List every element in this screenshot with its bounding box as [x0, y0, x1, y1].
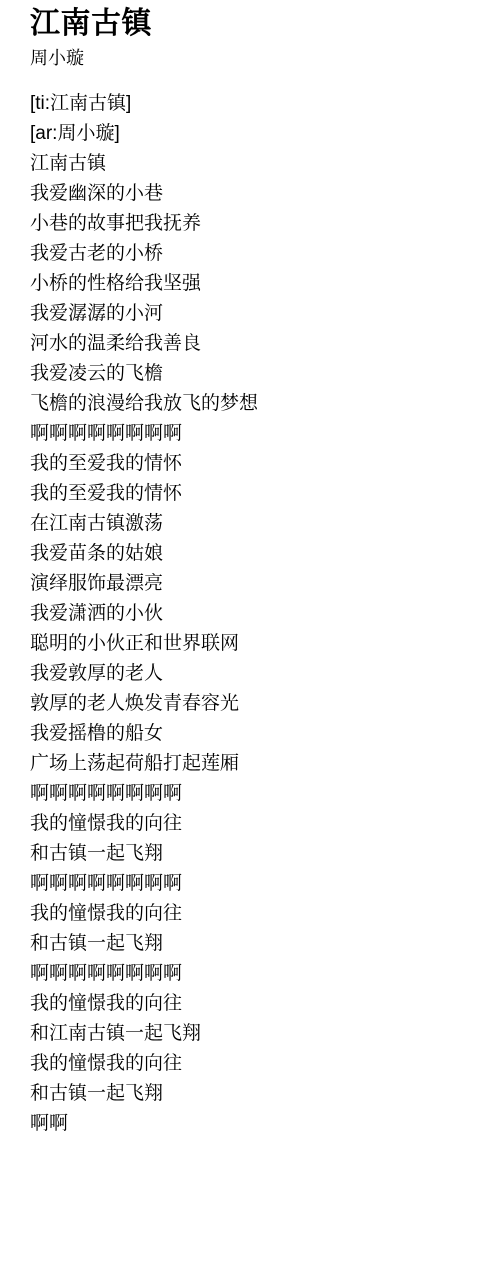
- lyric-line: 我爱古老的小桥: [30, 239, 480, 269]
- lyric-line: 我的憧憬我的向往: [30, 809, 480, 839]
- lyric-line: 聪明的小伙正和世界联网: [30, 629, 480, 659]
- lyric-line: 啊啊啊啊啊啊啊啊: [30, 419, 480, 449]
- lyric-line: 在江南古镇激荡: [30, 509, 480, 539]
- lyric-line: 敦厚的老人焕发青春容光: [30, 689, 480, 719]
- lyric-line: 我的憧憬我的向往: [30, 989, 480, 1019]
- lyric-line: 江南古镇: [30, 149, 480, 179]
- page-title: 江南古镇: [30, 6, 480, 42]
- lyric-line: 我的憧憬我的向往: [30, 1049, 480, 1079]
- lyric-line: 和古镇一起飞翔: [30, 839, 480, 869]
- lyric-line: [ar:周小璇]: [30, 119, 480, 149]
- lyric-line: 我爱摇橹的船女: [30, 719, 480, 749]
- lyrics-list: [ti:江南古镇][ar:周小璇]江南古镇我爱幽深的小巷小巷的故事把我抚养我爱古…: [30, 89, 480, 1139]
- lyric-line: 小桥的性格给我坚强: [30, 269, 480, 299]
- lyric-line: 和古镇一起飞翔: [30, 1079, 480, 1109]
- lyric-line: 我爱潇洒的小伙: [30, 599, 480, 629]
- lyric-line: 飞檐的浪漫给我放飞的梦想: [30, 389, 480, 419]
- lyric-line: 演绎服饰最漂亮: [30, 569, 480, 599]
- lyric-line: 啊啊啊啊啊啊啊啊: [30, 779, 480, 809]
- lyric-line: 我爱苗条的姑娘: [30, 539, 480, 569]
- lyric-line: 我爱潺潺的小河: [30, 299, 480, 329]
- lyric-line: 啊啊: [30, 1109, 480, 1139]
- lyric-line: 我的憧憬我的向往: [30, 899, 480, 929]
- lyric-line: 我爱敦厚的老人: [30, 659, 480, 689]
- lyric-line: 啊啊啊啊啊啊啊啊: [30, 869, 480, 899]
- lyric-line: 河水的温柔给我善良: [30, 329, 480, 359]
- lyric-line: 我爱凌云的飞檐: [30, 359, 480, 389]
- lyric-line: 和古镇一起飞翔: [30, 929, 480, 959]
- lyric-line: 我的至爱我的情怀: [30, 449, 480, 479]
- lyric-line: 广场上荡起荷船打起莲厢: [30, 749, 480, 779]
- lyric-line: [ti:江南古镇]: [30, 89, 480, 119]
- lyric-line: 啊啊啊啊啊啊啊啊: [30, 959, 480, 989]
- lyrics-page: 江南古镇 周小璇 [ti:江南古镇][ar:周小璇]江南古镇我爱幽深的小巷小巷的…: [0, 0, 500, 1139]
- lyric-line: 我爱幽深的小巷: [30, 179, 480, 209]
- lyric-line: 我的至爱我的情怀: [30, 479, 480, 509]
- artist-name: 周小璇: [30, 47, 480, 69]
- lyric-line: 小巷的故事把我抚养: [30, 209, 480, 239]
- lyric-line: 和江南古镇一起飞翔: [30, 1019, 480, 1049]
